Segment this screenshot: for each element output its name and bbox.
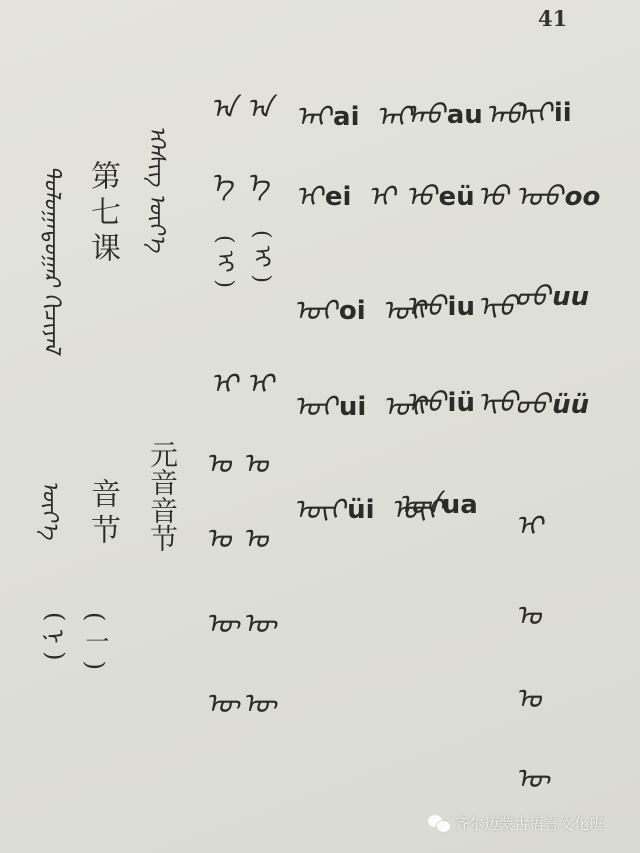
vowel-form-e1: ᠡ (210, 170, 233, 198)
vowel-form-ue1: ᠦ (205, 690, 240, 718)
syllable-mongolian-alt: ᠢᠤ (477, 293, 518, 321)
lesson-title-mongolian: ᠳᠣᠯᠣᠭᠠᠳᠤᠭᠠᠷ ᠬᠢᠴᠢᠶᠡᠯ (40, 165, 62, 353)
syllable-latin: oi (339, 296, 366, 326)
vowel-form-oe2: ᠥ (242, 610, 277, 638)
syllable-mongolian: ᠤᠠ (398, 491, 440, 519)
syllable-latin: au (447, 100, 483, 130)
vowel-form-paren1: ( ᠢ ) (205, 235, 243, 288)
syllable-ei: ᠡᠢ ei ᠡᠢ (295, 182, 395, 212)
syllable-latin: iü (448, 388, 475, 418)
syllable-uue: ᠦᠦ üü (515, 390, 589, 420)
syllable-oo: ᠣᠣ oo (515, 182, 600, 212)
right-form-2: ᠣ (515, 602, 541, 630)
syllable-uu: ᠤᠤ uu (515, 282, 589, 312)
vowel-form-a1: ᠠ (210, 95, 236, 123)
syllable-au: ᠠᠤ au ᠠᠤ (405, 100, 525, 130)
vowel-form-e2: ᠡ (246, 170, 269, 198)
syllable-latin: ei (325, 182, 352, 212)
paren-chinese: ( 一 ) (78, 612, 113, 670)
vowel-form-i1: ᠢ (210, 370, 238, 398)
vowel-form-paren2: ( ᠢ ) (242, 230, 280, 283)
syllable-latin: üü (552, 390, 589, 420)
syllable-latin: oo (565, 182, 601, 212)
vowel-form-ue2: ᠦ (242, 690, 277, 718)
right-form-4: ᠦ (515, 765, 550, 793)
syllable-latin: ui (339, 392, 366, 422)
page-number: 41 (538, 6, 567, 31)
watermark-text: 齐尔迈蒙古语言文化班 (454, 813, 604, 834)
syllable-mongolian: ᠣᠢ (293, 297, 337, 325)
syllable-latin: iu (448, 292, 475, 322)
syllable-latin: ai (333, 102, 359, 132)
wechat-icon (428, 815, 450, 833)
syllable-latin: ua (442, 490, 478, 520)
syllable-latin: üi (347, 495, 374, 525)
vowel-form-o2: ᠣ (242, 450, 268, 478)
syllable-latin: eü (439, 182, 475, 212)
vowel-form-a2: ᠠ (246, 95, 272, 123)
watermark: 齐尔迈蒙古语言文化班 (428, 813, 604, 834)
syllable-mongolian-alt: ᠡᠦ (477, 183, 509, 211)
syllable-latin: ii (554, 98, 572, 128)
vowel-form-u2: ᠤ (242, 525, 268, 553)
syllable-latin: uu (552, 282, 589, 312)
syllable-iue: ᠢᠦ iü ᠢᠦ (405, 388, 518, 418)
syllable-mongolian: ᠡᠦ (405, 183, 437, 211)
syllable-mongolian: ᠣᠣ (515, 183, 563, 211)
syllable-mongolian: ᠢᠦ (405, 389, 446, 417)
syllable-mongolian: ᠤᠢ (293, 393, 337, 421)
syllable-mongolian: ᠡᠢ (295, 183, 323, 211)
lesson-title-chinese: 第七课 (80, 160, 124, 268)
syllable-mongolian: ᠤᠤ (515, 283, 550, 311)
subtitle-mongolian: ᠦᠶ᠎ᠡ (38, 480, 60, 539)
subtitle-chinese: 音节 (80, 478, 124, 550)
syllable-mongolian: ᠦᠢ (293, 496, 345, 524)
syllable-ai: ᠠᠢ ai ᠠᠢ (295, 102, 412, 132)
syllable-mongolian: ᠠᠤ (405, 101, 445, 129)
syllable-mongolian-alt: ᠡᠢ (367, 183, 395, 211)
syllable-mongolian: ᠦᠦ (515, 391, 550, 419)
syllable-ii: ᠢᠢ ii (515, 98, 572, 128)
section-heading-chinese: 元音音节 (142, 440, 182, 552)
syllable-mongolian: ᠢᠢ (515, 99, 552, 127)
right-form-3: ᠤ (515, 685, 541, 713)
syllable-mongolian: ᠢᠤ (405, 293, 446, 321)
syllable-iu: ᠢᠤ iu ᠢᠤ (405, 292, 518, 322)
vowel-form-i2: ᠢ (246, 370, 274, 398)
right-form-1: ᠢ (515, 512, 543, 540)
syllable-mongolian-alt: ᠢᠦ (477, 389, 518, 417)
syllable-ua: ᠤᠠ ua (398, 490, 478, 520)
syllable-eue: ᠡᠦ eü ᠡᠦ (405, 182, 508, 212)
syllable-mongolian: ᠠᠢ (295, 103, 331, 131)
paren-mongolian: ( ᠨ ) (34, 612, 76, 660)
vowel-form-oe1: ᠥ (205, 610, 240, 638)
vowel-form-o1: ᠣ (205, 450, 231, 478)
vowel-form-u1: ᠤ (205, 525, 231, 553)
section-heading-mongolian: ᠡᠭᠡᠰᠢᠭ ᠦᠶ᠎ᠡ (145, 125, 167, 252)
